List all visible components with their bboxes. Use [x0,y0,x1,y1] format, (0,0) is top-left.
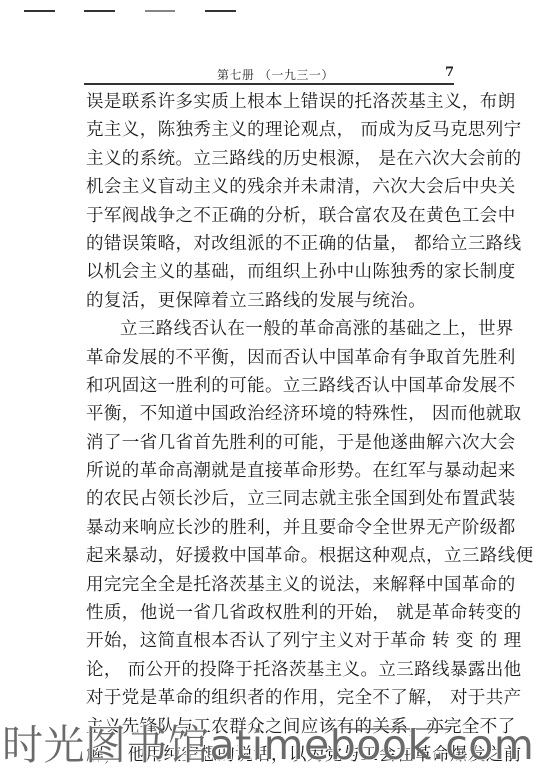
header-divider [84,83,454,85]
paragraph-start-line: 立三路线否认在一般的革命高涨的基础之上，世界 [86,315,458,343]
text-line: 所说的革命高潮就是直接革命形势。在红军与暴动起来 [86,457,458,485]
text-line: 机会主义盲动主义的残余并未肃清，六次大会后中央关 [86,173,458,201]
running-header-title: 第七册 （一九三一） [217,66,334,83]
page-header: 第七册 （一九三一） 7 [84,66,456,84]
text-line: 的错误策略，对改组派的不正确的估量， 都给立三路线 [86,230,458,258]
text-line: 于军阀战争之不正确的分析，联合富农及在黄色工会中 [86,202,458,230]
text-line: 起来暴动，好援救中国革命。根据这种观点，立三路线便 [86,542,458,570]
text-line: 克主义，陈独秀主义的理论观点， 而成为反马克思列宁 [86,116,458,144]
text-line: 对于党是革命的组织者的作用，完全不了解， 对于共产 [86,684,458,712]
text-line: 革命发展的不平衡，因而否认中国革命有争取首先胜利 [86,344,458,372]
scan-mark [205,10,236,12]
text-line: 开始，这简直根本否认了列宁主义对于革命 转 变 的 理 [86,627,458,655]
text-line: 的复活，更保障着立三路线的发展与统治。 [86,287,458,315]
text-line: 消了一省几省首先胜利的可能，于是他遂曲解六次大会 [86,429,458,457]
text-line: 用完完全全是托洛茨基主义的说法，来解释中国革命的 [86,571,458,599]
text-line: 和巩固这一胜利的可能。立三路线否认中国革命发展不 [86,372,458,400]
text-line: 主义的系统。立三路线的历史根源， 是在六次大会前的 [86,145,458,173]
text-line: 论， 而公开的投降于托洛茨基主义。立三路线暴露出他 [86,656,458,684]
text-line: 的农民占领长沙后，立三同志就主张全国到处布置武装 [86,485,458,513]
scan-mark [145,10,175,12]
watermark: 时光图书馆atimebook.com [2,712,534,768]
body-text: 误是联系许多实质上根本上错误的托洛茨基主义，布朗 克主义，陈独秀主义的理论观点，… [86,88,458,768]
scan-mark [24,10,55,12]
page-number: 7 [445,65,454,80]
text-line: 以机会主义的基础，而组织上孙中山陈独秀的家长制度 [86,258,458,286]
top-scan-marks [0,10,543,14]
scan-mark [84,10,115,12]
text-line: 误是联系许多实质上根本上错误的托洛茨基主义，布朗 [86,88,458,116]
text-line: 性质，他说一省几省政权胜利的开始， 就是革命转变的 [86,599,458,627]
text-line: 平衡，不知道中国政治经济环境的特殊性， 因而他就取 [86,400,458,428]
text-line: 暴动来响应长沙的胜利，并且要命令全世界无产阶级都 [86,514,458,542]
